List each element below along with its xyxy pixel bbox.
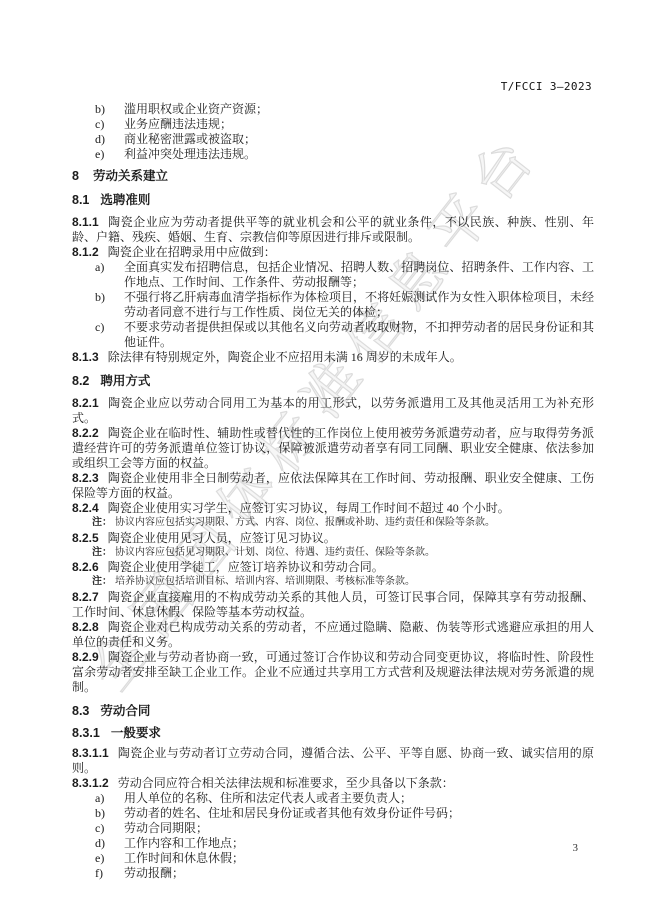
list-item-label: e) — [95, 147, 124, 162]
clause-paragraph: 8.2.2陶瓷企业在临时性、辅助性或替代性的工作岗位上使用被劳务派遣劳动者，应与… — [72, 426, 594, 471]
clause-paragraph: 8.1.3除法律有特别规定外，陶瓷企业不应招用未满 16 周岁的未成年人。 — [72, 350, 594, 365]
note-label: 注： — [92, 517, 112, 528]
clause-text: 劳动合同应符合相关法律法规和标准要求，至少具备以下条款： — [118, 776, 454, 790]
section-title: 一般要求 — [111, 726, 161, 740]
page-number: 3 — [573, 842, 579, 854]
list-item-label: d) — [95, 132, 124, 147]
note-label: 注： — [92, 547, 112, 558]
list-item-label: a) — [95, 260, 124, 290]
list-item: c)业务应酬违法违规； — [95, 117, 594, 132]
clause-paragraph: 8.2.9陶瓷企业与劳动者协商一致，可通过签订合作协议和劳动合同变更协议，将临时… — [72, 650, 594, 695]
clause-paragraph: 8.2.5陶瓷企业使用见习人员，应签订见习协议。 — [72, 531, 594, 546]
list-item: a)全面真实发布招聘信息，包括企业情况、招聘人数、招聘岗位、招聘条件、工作内容、… — [95, 260, 594, 290]
section-heading: 8.3劳动合同 — [72, 704, 594, 719]
clause-paragraph: 8.2.8陶瓷企业对已构成劳动关系的劳动者，不应通过隐瞒、隐蔽、伪装等形式逃避应… — [72, 620, 594, 650]
clause-paragraph: 8.1.1陶瓷企业应为劳动者提供平等的就业机会和公平的就业条件，不以民族、种族、… — [72, 215, 594, 245]
section-title: 聘用方式 — [100, 374, 150, 388]
note-text: 协议内容应包括实习期限、方式、内容、岗位、报酬或补助、违约责任和保险等条款。 — [115, 517, 495, 528]
list-item: f)劳动报酬； — [95, 866, 594, 881]
standard-number-header: T/FCCI 3—2023 — [501, 80, 592, 93]
clause-paragraph: 8.1.2陶瓷企业在招聘录用中应做到： — [72, 245, 594, 260]
clause-text: 陶瓷企业与劳动者订立劳动合同，遵循合法、公平、平等自愿、协商一致、诚实信用的原则… — [72, 746, 594, 775]
list-item-text: 劳动报酬； — [124, 866, 594, 881]
clause-number: 8.2.1 — [72, 396, 99, 410]
document-body: b)滥用职权或企业资产资源；c)业务应酬违法违规；d)商业秘密泄露或被盗取；e)… — [72, 102, 594, 881]
clause-paragraph: 8.2.3陶瓷企业使用非全日制劳动者，应依法保障其在工作时间、劳动报酬、职业安全… — [72, 471, 594, 501]
clause-text: 陶瓷企业直接雇用的不构成劳动关系的其他人员，可签订民事合同，保障其享有劳动报酬、… — [72, 590, 594, 619]
clause-text: 陶瓷企业使用实习学生，应签订实习协议，每周工作时间不超过 40 个小时。 — [108, 501, 510, 515]
document-page: 全国团体标准信息平台 T/FCCI 3—2023 b)滥用职权或企业资产资源；c… — [0, 0, 650, 919]
clause-paragraph: 8.2.4陶瓷企业使用实习学生，应签订实习协议，每周工作时间不超过 40 个小时… — [72, 501, 594, 516]
list-item-text: 劳动者的姓名、住址和居民身份证或者其他有效身份证件号码； — [124, 806, 594, 821]
clause-text: 陶瓷企业对已构成劳动关系的劳动者，不应通过隐瞒、隐蔽、伪装等形式逃避应承担的用人… — [72, 620, 594, 649]
list-item: b)劳动者的姓名、住址和居民身份证或者其他有效身份证件号码； — [95, 806, 594, 821]
clause-text: 陶瓷企业在招聘录用中应做到： — [108, 245, 276, 259]
list-item: e)工作时间和休息休假； — [95, 851, 594, 866]
list-item: c)不要求劳动者提供担保或以其他名义向劳动者收取财物，不扣押劳动者的居民身份证和… — [95, 320, 594, 350]
list-item-label: a) — [95, 791, 124, 806]
list-item-text: 全面真实发布招聘信息，包括企业情况、招聘人数、招聘岗位、招聘条件、工作内容、工作… — [124, 260, 594, 290]
list-item: b)滥用职权或企业资产资源； — [95, 102, 594, 117]
clause-text: 陶瓷企业应以劳动合同用工为基本的用工形式，以劳务派遣用工及其他灵活用工为补充形式… — [72, 396, 594, 425]
clause-number: 8.2.2 — [72, 426, 99, 440]
section-number: 8.1 — [72, 193, 89, 207]
clause-number: 8.1.1 — [72, 215, 99, 229]
section-number: 8.3.1 — [72, 726, 100, 740]
list-item-label: c) — [95, 320, 124, 350]
clause-paragraph: 8.2.7陶瓷企业直接雇用的不构成劳动关系的其他人员，可签订民事合同，保障其享有… — [72, 590, 594, 620]
clause-text: 陶瓷企业使用学徒工，应签订培养协议和劳动合同。 — [108, 560, 384, 574]
list-item-label: e) — [95, 851, 124, 866]
list-item-text: 不强行将乙肝病毒血清学指标作为体检项目，不将妊娠测试作为女性入职体检项目，未经劳… — [124, 290, 594, 320]
note-text: 培养协议应包括培训目标、培训内容、培训期限、考核标准等条款。 — [115, 576, 415, 587]
clause-number: 8.3.1.1 — [72, 746, 109, 760]
note-text: 协议内容应包括见习期限、计划、岗位、待遇、违约责任、保险等条款。 — [115, 547, 435, 558]
list-item-label: b) — [95, 290, 124, 320]
clause-text: 陶瓷企业在临时性、辅助性或替代性的工作岗位上使用被劳务派遣劳动者，应与取得劳务派… — [72, 426, 594, 470]
list-item: b)不强行将乙肝病毒血清学指标作为体检项目，不将妊娠测试作为女性入职体检项目，未… — [95, 290, 594, 320]
list-item: d)工作内容和工作地点； — [95, 836, 594, 851]
clause-number: 8.2.3 — [72, 471, 99, 485]
clause-paragraph: 8.3.1.2劳动合同应符合相关法律法规和标准要求，至少具备以下条款： — [72, 776, 594, 791]
clause-number: 8.2.8 — [72, 620, 99, 634]
clause-text: 除法律有特别规定外，陶瓷企业不应招用未满 16 周岁的未成年人。 — [108, 350, 462, 364]
section-title: 选聘准则 — [100, 193, 150, 207]
list-item-label: b) — [95, 102, 124, 117]
section-title: 劳动合同 — [100, 704, 150, 718]
section-number: 8.3 — [72, 704, 89, 718]
section-title: 劳动关系建立 — [93, 169, 168, 183]
clause-number: 8.1.3 — [72, 350, 99, 364]
clause-number: 8.3.1.2 — [72, 776, 109, 790]
list-item-text: 工作内容和工作地点； — [124, 836, 594, 851]
note-label: 注： — [92, 576, 112, 587]
note-line: 注：协议内容应包括实习期限、方式、内容、岗位、报酬或补助、违约责任和保险等条款。 — [92, 516, 594, 530]
note-line: 注：培养协议应包括培训目标、培训内容、培训期限、考核标准等条款。 — [92, 575, 594, 589]
list-item: a)用人单位的名称、住所和法定代表人或者主要负责人； — [95, 791, 594, 806]
clause-number: 8.2.5 — [72, 531, 99, 545]
clause-text: 陶瓷企业使用非全日制劳动者，应依法保障其在工作时间、劳动报酬、职业安全健康、工伤… — [72, 471, 594, 500]
list-item-label: b) — [95, 806, 124, 821]
clause-paragraph: 8.2.1陶瓷企业应以劳动合同用工为基本的用工形式，以劳务派遣用工及其他灵活用工… — [72, 396, 594, 426]
list-item-text: 业务应酬违法违规； — [124, 117, 594, 132]
list-item-label: f) — [95, 866, 124, 881]
clause-text: 陶瓷企业与劳动者协商一致，可通过签订合作协议和劳动合同变更协议，将临时性、阶段性… — [72, 650, 594, 694]
section-heading: 8.1选聘准则 — [72, 193, 594, 208]
list-item-text: 不要求劳动者提供担保或以其他名义向劳动者收取财物，不扣押劳动者的居民身份证和其他… — [124, 320, 594, 350]
clause-text: 陶瓷企业使用见习人员，应签订见习协议。 — [108, 531, 336, 545]
list-item-text: 利益冲突处理违法违规。 — [124, 147, 594, 162]
clause-number: 8.2.4 — [72, 501, 99, 515]
section-number: 8 — [72, 169, 79, 183]
list-item-text: 工作时间和休息休假； — [124, 851, 594, 866]
section-heading: 8劳动关系建立 — [72, 169, 594, 184]
list-item-text: 用人单位的名称、住所和法定代表人或者主要负责人； — [124, 791, 594, 806]
list-item: d)商业秘密泄露或被盗取； — [95, 132, 594, 147]
clause-number: 8.2.7 — [72, 590, 99, 604]
note-line: 注：协议内容应包括见习期限、计划、岗位、待遇、违约责任、保险等条款。 — [92, 546, 594, 560]
section-heading: 8.2聘用方式 — [72, 374, 594, 389]
section-number: 8.2 — [72, 374, 89, 388]
clause-number: 8.2.6 — [72, 560, 99, 574]
list-item-text: 劳动合同期限； — [124, 821, 594, 836]
list-item: e)利益冲突处理违法违规。 — [95, 147, 594, 162]
section-heading: 8.3.1一般要求 — [72, 726, 594, 741]
clause-number: 8.1.2 — [72, 245, 99, 259]
list-item: c)劳动合同期限； — [95, 821, 594, 836]
list-item-label: c) — [95, 821, 124, 836]
clause-number: 8.2.9 — [72, 650, 99, 664]
list-item-label: d) — [95, 836, 124, 851]
list-item-text: 商业秘密泄露或被盗取； — [124, 132, 594, 147]
clause-paragraph: 8.2.6陶瓷企业使用学徒工，应签订培养协议和劳动合同。 — [72, 560, 594, 575]
clause-paragraph: 8.3.1.1陶瓷企业与劳动者订立劳动合同，遵循合法、公平、平等自愿、协商一致、… — [72, 746, 594, 776]
list-item-label: c) — [95, 117, 124, 132]
list-item-text: 滥用职权或企业资产资源； — [124, 102, 594, 117]
clause-text: 陶瓷企业应为劳动者提供平等的就业机会和公平的就业条件，不以民族、种族、性别、年龄… — [72, 215, 594, 244]
